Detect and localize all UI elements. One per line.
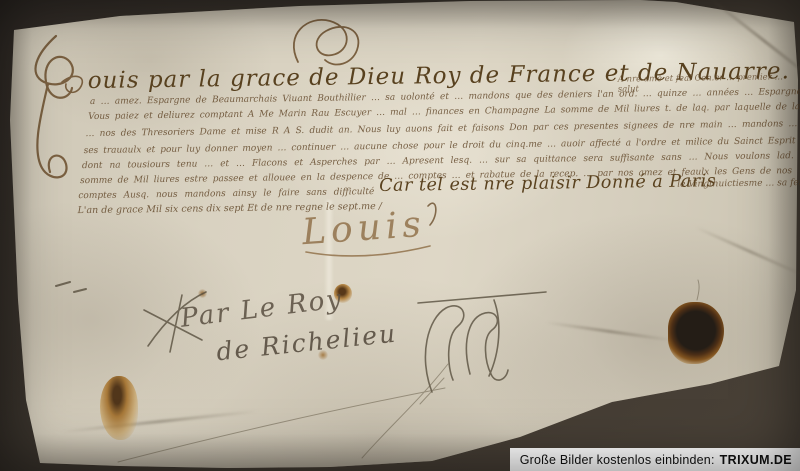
auction-photo: ouis par la grace de Dieu Roy de France … <box>0 0 800 471</box>
body-line: … nos des Thresoriers Dame et mise R A S… <box>85 119 797 139</box>
closing-formula: Car tel est nre plaisir Donné a Paris <box>379 171 716 196</box>
body-line: comptes Ausq. nous mandons ainsy le fair… <box>78 187 374 201</box>
closing-date-fragment: le Vingthuictiesme … sa ferme — <box>677 178 800 190</box>
watermark-bar: Große Bilder kostenlos einbinden: TRIXUM… <box>510 448 800 471</box>
watermark-text: Große Bilder kostenlos einbinden: <box>520 453 715 467</box>
signature-king-louis: Louis <box>301 204 427 254</box>
royal-heading: ouis par la grace de Dieu Roy de France … <box>88 61 610 94</box>
watermark-brand: TRIXUM.DE <box>720 453 792 467</box>
